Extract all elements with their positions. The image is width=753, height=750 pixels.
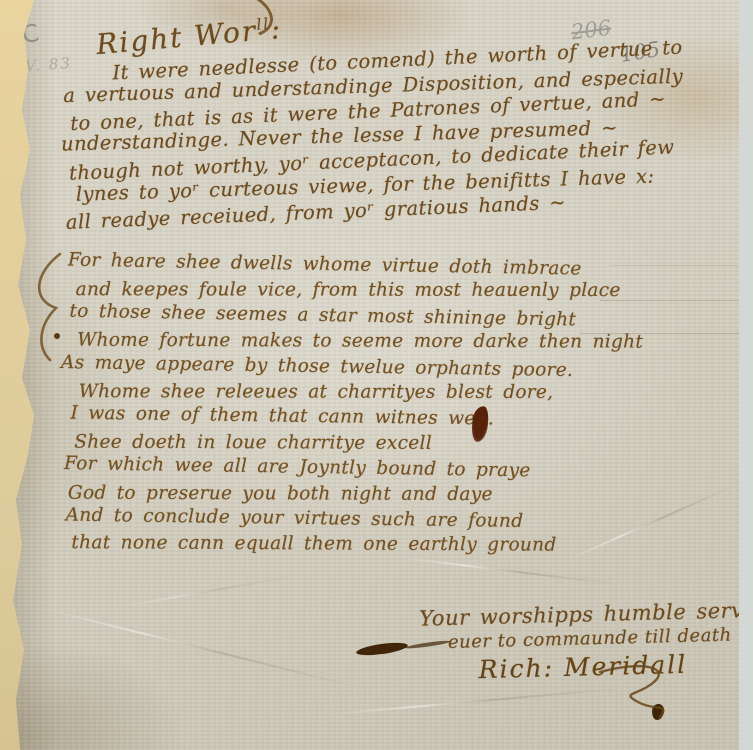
- salutation-punctuation: :: [269, 12, 283, 46]
- signature-flourish: [594, 658, 684, 728]
- manuscript-page: C AV. 83 206 105 Right Worll: It were ne…: [0, 0, 739, 750]
- paper-crease: [121, 574, 299, 607]
- ink-smear: [356, 640, 409, 657]
- dedication-poem: For heare shee dwells whome virtue doth …: [57, 250, 644, 560]
- paper-crease: [401, 557, 620, 586]
- manuscript-photo: C AV. 83 206 105 Right Worll: It were ne…: [0, 0, 753, 750]
- poem-line: that none cann equall them one earthly g…: [71, 531, 641, 559]
- opening-paragraph: It were needlesse (to comend) the worth …: [56, 38, 689, 234]
- paper-crease: [330, 687, 629, 715]
- paper-crease: [45, 608, 366, 690]
- closing-block: Your worshipps humble servant euer to co…: [419, 597, 753, 685]
